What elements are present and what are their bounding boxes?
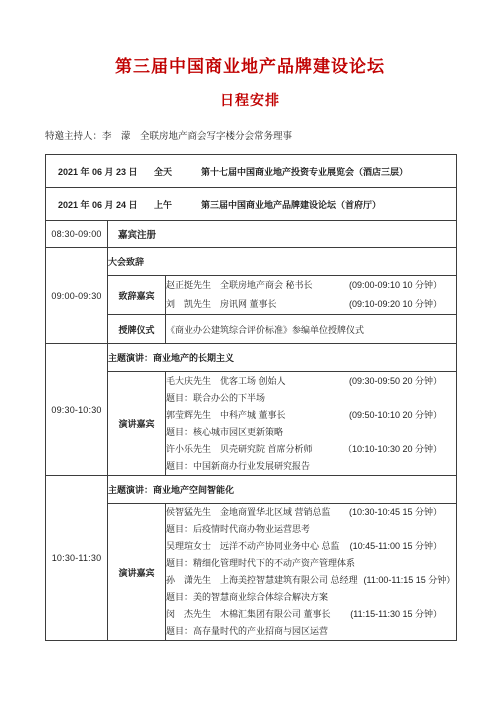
table-row: 09:30-10:30 主题演讲：商业地产的长期主义	[46, 344, 457, 372]
session2-header: 主题演讲：商业地产空间智能化	[108, 476, 457, 504]
opening-speech-list: 赵正挺先生 全联房地产商会 秘书长 (09:00-09:10 10 分钟） 刘 …	[166, 276, 457, 315]
speech-line: 闵 杰先生 木棉汇集团有限公司 董事长 (11:15-11:30 15 分钟）	[166, 606, 456, 623]
speech-duration: (09:10-09:20 10 分钟）	[343, 295, 442, 314]
award-label: 授牌仪式	[108, 315, 166, 344]
date-text: 2021 年 06 月 24 日	[58, 198, 154, 211]
time-registration: 08:30-09:00	[46, 221, 108, 248]
session1-header: 主题演讲：商业地产的长期主义	[108, 344, 457, 372]
table-row: 演讲嘉宾 毛大庆先生 优客工场 创始人 (09:30-09:50 20 分钟） …	[46, 372, 457, 476]
speech-duration: (11:15-11:30 15 分钟）	[344, 606, 442, 623]
table-row: 2021 年 06 月 23 日 全天 第十七届中国商业地产投资专业展览会（酒店…	[46, 155, 457, 188]
table-row: 09:00-09:30 大会致辞	[46, 248, 457, 276]
session2-speaker-list: 侯智猛先生 金地商置华北区域 营销总监 (10:30-10:45 15 分钟） …	[166, 504, 457, 641]
speech-duration: (09:30-09:50 20 分钟）	[343, 373, 442, 390]
speech-topic: 题目：中国新商办行业发展研究报告	[166, 458, 456, 475]
speaker-name: 吴理瑄女士 远洋不动产协同业务中心 总监	[166, 538, 340, 555]
date-text: 2021 年 06 月 23 日	[58, 165, 154, 178]
host-line: 特邀主持人：李 濛 全联房地产商会写字楼分会常务理事	[45, 128, 500, 142]
session1-label: 演讲嘉宾	[108, 372, 166, 476]
table-row: 08:30-09:00 嘉宾注册	[46, 221, 457, 248]
speech-topic: 题目：精细化管理时代下的不动产资产管理体系	[166, 555, 456, 572]
speaker-name: 刘 凯先生 房讯网 董事长	[166, 295, 277, 314]
page-title: 第三届中国商业地产品牌建设论坛	[0, 52, 500, 77]
speaker-name: 孙 潇先生 上海美控智慧建筑有限公司 总经理	[166, 572, 358, 589]
table-row: 演讲嘉宾 侯智猛先生 金地商置华北区域 营销总监 (10:30-10:45 15…	[46, 504, 457, 641]
speaker-name: 闵 杰先生 木棉汇集团有限公司 董事长	[166, 606, 331, 623]
date-row-2: 2021 年 06 月 24 日 上午 第三届中国商业地产品牌建设论坛（首府厅）	[46, 188, 457, 221]
table-row: 授牌仪式 《商业办公建筑综合评价标准》参编单位授牌仪式	[46, 315, 457, 344]
date-row-1: 2021 年 06 月 23 日 全天 第十七届中国商业地产投资专业展览会（酒店…	[46, 155, 457, 188]
speaker-name: 侯智猛先生 金地商置华北区域 营销总监	[166, 504, 331, 521]
speech-line: 毛大庆先生 优客工场 创始人 (09:30-09:50 20 分钟）	[166, 373, 456, 390]
table-row: 10:30-11:30 主题演讲：商业地产空间智能化	[46, 476, 457, 504]
speech-topic: 题目：联合办公的下半场	[166, 390, 456, 407]
event-text: 第十七届中国商业地产投资专业展览会（酒店三层）	[201, 165, 408, 178]
time-opening: 09:00-09:30	[46, 248, 108, 344]
speech-duration: (10:30-10:45 15 分钟）	[343, 504, 442, 521]
speech-label: 致辞嘉宾	[108, 276, 166, 315]
session2-label: 演讲嘉宾	[108, 504, 166, 641]
event-text: 第三届中国商业地产品牌建设论坛（首府厅）	[201, 198, 381, 211]
speech-topic: 题目：美的智慧商业综合体综合解决方案	[166, 589, 456, 606]
speech-line: 孙 潇先生 上海美控智慧建筑有限公司 总经理 (11:00-11:15 15 分…	[166, 572, 456, 589]
session1-speaker-list: 毛大庆先生 优客工场 创始人 (09:30-09:50 20 分钟） 题目：联合…	[166, 372, 457, 476]
registration-title: 嘉宾注册	[108, 221, 457, 248]
period-text: 上午	[154, 198, 201, 211]
speaker-name: 许小乐先生 贝壳研究院 首席分析师	[166, 441, 313, 458]
agenda-table: 2021 年 06 月 23 日 全天 第十七届中国商业地产投资专业展览会（酒店…	[45, 154, 457, 641]
page-subtitle: 日程安排	[0, 90, 500, 110]
speaker-name: 郭莹辉先生 中科产城 董事长	[166, 407, 286, 424]
table-row: 2021 年 06 月 24 日 上午 第三届中国商业地产品牌建设论坛（首府厅）	[46, 188, 457, 221]
speech-duration: (10:45-11:00 15 分钟）	[344, 538, 442, 555]
time-session1: 09:30-10:30	[46, 344, 108, 476]
period-text: 全天	[154, 165, 201, 178]
speech-line: 许小乐先生 贝壳研究院 首席分析师 （10:10-10:30 20 分钟）	[166, 441, 456, 458]
speaker-name: 赵正挺先生 全联房地产商会 秘书长	[166, 276, 313, 295]
speech-line: 刘 凯先生 房讯网 董事长 (09:10-09:20 10 分钟）	[166, 295, 456, 314]
speech-topic: 题目：高存量时代的产业招商与园区运营	[166, 623, 456, 640]
speech-topic: 题目：后疫情时代商办物业运营思考	[166, 521, 456, 538]
speech-duration: (09:00-09:10 10 分钟）	[343, 276, 442, 295]
opening-header: 大会致辞	[108, 248, 457, 276]
speech-topic: 题目：核心城市园区更新策略	[166, 424, 456, 441]
speech-line: 吴理瑄女士 远洋不动产协同业务中心 总监 (10:45-11:00 15 分钟）	[166, 538, 456, 555]
speech-line: 赵正挺先生 全联房地产商会 秘书长 (09:00-09:10 10 分钟）	[166, 276, 456, 295]
time-session2: 10:30-11:30	[46, 476, 108, 641]
award-text: 《商业办公建筑综合评价标准》参编单位授牌仪式	[166, 315, 457, 344]
speech-duration: (09:50-10:10 20 分钟）	[343, 407, 442, 424]
table-row: 致辞嘉宾 赵正挺先生 全联房地产商会 秘书长 (09:00-09:10 10 分…	[46, 276, 457, 315]
speech-duration: (11:00-11:15 15 分钟）	[358, 572, 456, 589]
speech-line: 侯智猛先生 金地商置华北区域 营销总监 (10:30-10:45 15 分钟）	[166, 504, 456, 521]
speech-line: 郭莹辉先生 中科产城 董事长 (09:50-10:10 20 分钟）	[166, 407, 456, 424]
speech-duration: （10:10-10:30 20 分钟）	[337, 441, 442, 458]
speaker-name: 毛大庆先生 优客工场 创始人	[166, 373, 286, 390]
